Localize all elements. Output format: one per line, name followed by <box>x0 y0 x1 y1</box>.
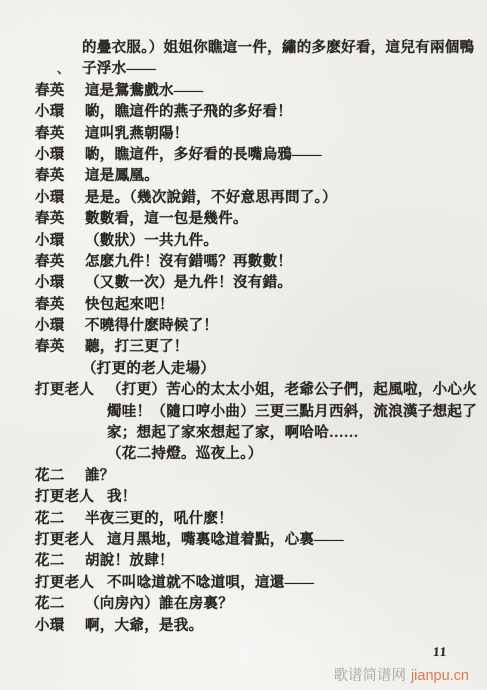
line-text: 怎麽九件！沒有錯嗎？再數數！ <box>85 254 292 270</box>
script-line: 花二（向房內）誰在房裏？ <box>35 594 469 615</box>
line-text: 不叫唸道就不唸道唄，這還—— <box>107 575 314 591</box>
script-line: 花二半夜三更的，吼什麽！ <box>35 509 469 530</box>
script-line: 打更老人這月黑地，嘴裏唸道着點，心裏—— <box>35 530 469 551</box>
margin-mark: 、 <box>57 59 69 80</box>
line-text: 聽，打三更了！ <box>85 339 189 355</box>
speaker-label: 花二 <box>35 466 85 487</box>
script-line: 花二胡說！放肆！ <box>35 551 469 572</box>
line-text: 胡說！放肆！ <box>85 553 174 569</box>
speaker-label: 花二 <box>35 551 85 572</box>
script-line: 打更老人（打更）苦心的太太小姐，老爺公子們，起風啦，小心火 <box>35 380 469 401</box>
line-text: （花二持燈。巡夜上。） <box>107 446 263 462</box>
script-line: 家；想起了家來想起了家，啊哈哈…… <box>35 423 469 444</box>
scanned-script-page: 的疊衣服。）姐姐你瞧這一件，繡的多麽好看，這兒有兩個鴨 、子浮水—— 春英這是鴛… <box>0 0 487 690</box>
speaker-label: 小環 <box>35 273 85 294</box>
watermark-site-url: jianpu.cn <box>411 668 469 684</box>
line-text: 快包起來吧！ <box>85 297 174 313</box>
line-text: 燭哇！（隨口哼小曲）三更三點月西斜，流浪漢子想起了 <box>107 404 477 420</box>
line-text: （又數一次）是九件！沒有錯。 <box>85 275 292 291</box>
line-text: 這月黑地，嘴裏唸道着點，心裏—— <box>107 532 344 548</box>
script-line: 小環（又數一次）是九件！沒有錯。 <box>35 273 469 294</box>
speaker-label: 春英 <box>35 295 85 316</box>
script-line: 小環不曉得什麽時候了！ <box>35 316 469 337</box>
line-text: 家；想起了家來想起了家，啊哈哈…… <box>107 425 359 441</box>
speaker-label: 春英 <box>35 124 85 145</box>
speaker-label: 小環 <box>35 102 85 123</box>
script-line: 小環啊，大爺，是我。 <box>35 616 469 637</box>
line-text: 喲，瞧這件的燕子飛的多好看！ <box>85 104 292 120</box>
script-line: 春英這是鳳凰。 <box>35 166 469 187</box>
script-line: 春英這是鴛鴦戲水—— <box>35 81 469 102</box>
line-text: 的疊衣服。）姐姐你瞧這一件，繡的多麽好看，這兒有兩個鴨 <box>82 40 474 56</box>
speaker-label: 春英 <box>35 337 85 358</box>
line-text: 喲，瞧這件，多好看的長嘴烏鴉—— <box>85 147 322 163</box>
script-line: 春英聽，打三更了！ <box>35 337 469 358</box>
speaker-label: 打更老人 <box>35 380 107 401</box>
speaker-label: 春英 <box>35 252 85 273</box>
line-text: 這是鳳凰。 <box>85 168 159 184</box>
line-text: （數狀）一共九件。 <box>85 233 218 249</box>
script-line: 春英快包起來吧！ <box>35 295 469 316</box>
stage-direction: （打更的老人走場） <box>35 359 469 380</box>
script-line: 的疊衣服。）姐姐你瞧這一件，繡的多麽好看，這兒有兩個鴨 <box>35 38 469 59</box>
watermark: 歌谱简谱网jianpu.cn <box>333 664 469 685</box>
script-line: 、子浮水—— <box>35 59 469 80</box>
line-text: （向房內）誰在房裏？ <box>85 596 233 612</box>
script-line: 打更老人我！ <box>35 487 469 508</box>
line-text: 誰？ <box>85 468 115 484</box>
script-line: 小環是是。（幾次說錯，不好意思再問了。） <box>35 188 469 209</box>
line-text: 我！ <box>107 489 137 505</box>
line-text: 啊，大爺，是我。 <box>85 618 203 634</box>
line-text: 數數看，這一包是幾件。 <box>85 211 248 227</box>
speaker-label: 花二 <box>35 594 85 615</box>
script-line: 小環喲，瞧這件的燕子飛的多好看！ <box>35 102 469 123</box>
speaker-label: 小環 <box>35 616 85 637</box>
line-text: 子浮水—— <box>82 61 156 77</box>
watermark-site-name: 歌谱简谱网 <box>333 668 406 684</box>
script-text-block: 的疊衣服。）姐姐你瞧這一件，繡的多麽好看，這兒有兩個鴨 、子浮水—— 春英這是鴛… <box>35 38 469 637</box>
speaker-label: 春英 <box>35 81 85 102</box>
line-text: 這是鴛鴦戲水—— <box>85 83 203 99</box>
speaker-label: 打更老人 <box>35 530 107 551</box>
speaker-label: 打更老人 <box>35 573 107 594</box>
speaker-label: 花二 <box>35 509 85 530</box>
speaker-label: 小環 <box>35 316 85 337</box>
line-text: 不曉得什麽時候了！ <box>85 318 218 334</box>
script-line: 花二誰？ <box>35 466 469 487</box>
script-line: 春英怎麽九件！沒有錯嗎？再數數！ <box>35 252 469 273</box>
page-number: 11 <box>432 644 447 660</box>
speaker-label: 春英 <box>35 166 85 187</box>
line-text: （打更）苦心的太太小姐，老爺公子們，起風啦，小心火 <box>107 382 477 398</box>
stage-direction: （花二持燈。巡夜上。） <box>35 444 469 465</box>
script-line: 春英這叫乳燕朝陽！ <box>35 124 469 145</box>
line-text: 是是。（幾次說錯，不好意思再問了。） <box>85 190 337 206</box>
speaker-label: 小環 <box>35 145 85 166</box>
script-line: 燭哇！（隨口哼小曲）三更三點月西斜，流浪漢子想起了 <box>35 402 469 423</box>
line-text: （打更的老人走場） <box>82 361 215 377</box>
script-line: 打更老人不叫唸道就不唸道唄，這還—— <box>35 573 469 594</box>
speaker-label: 春英 <box>35 209 85 230</box>
speaker-label: 小環 <box>35 231 85 252</box>
speaker-label: 小環 <box>35 188 85 209</box>
script-line: 春英數數看，這一包是幾件。 <box>35 209 469 230</box>
line-text: 這叫乳燕朝陽！ <box>85 126 189 142</box>
speaker-label: 打更老人 <box>35 487 107 508</box>
script-line: 小環（數狀）一共九件。 <box>35 231 469 252</box>
line-text: 半夜三更的，吼什麽！ <box>85 511 233 527</box>
script-line: 小環喲，瞧這件，多好看的長嘴烏鴉—— <box>35 145 469 166</box>
